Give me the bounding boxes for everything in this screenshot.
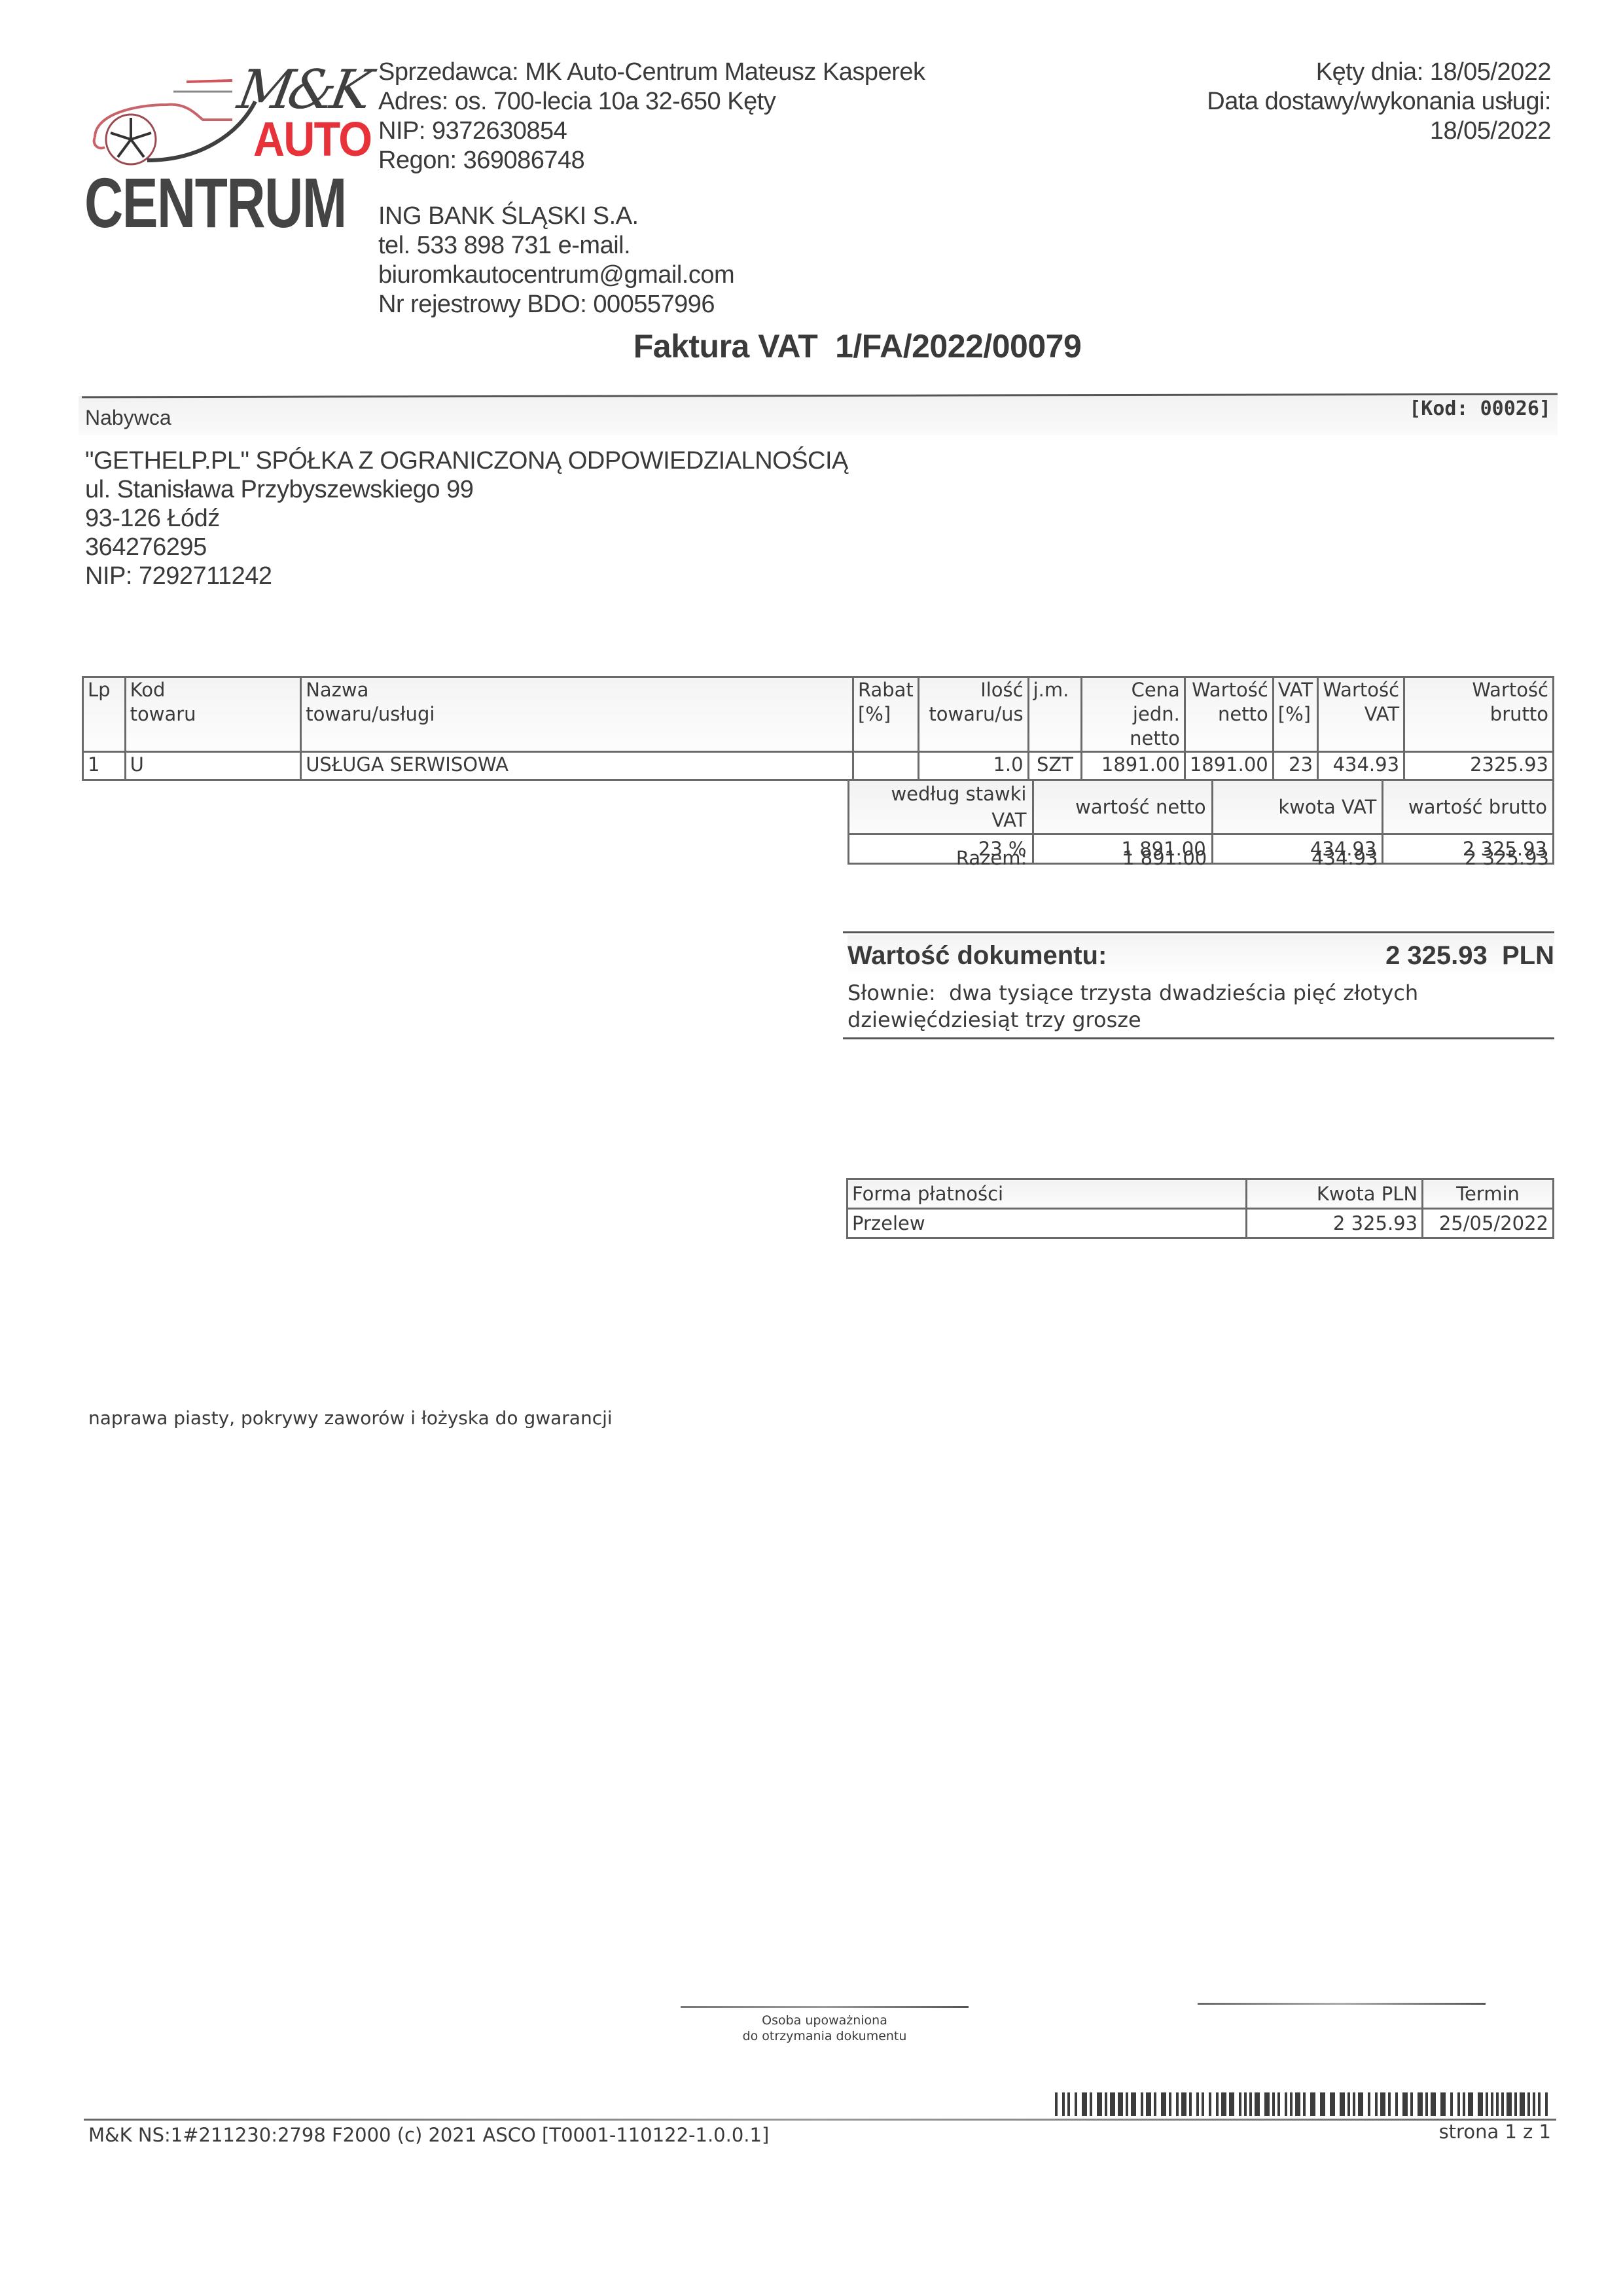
- payment-table: Forma płatności Kwota PLN Termin Przelew…: [846, 1178, 1554, 1239]
- cell-discount: [853, 752, 918, 780]
- seller-regon: Regon: 369086748: [378, 146, 925, 175]
- logo-centrum: CENTRUM: [84, 162, 346, 243]
- footer-rule: [84, 2119, 1556, 2121]
- cell-unit: SZT: [1028, 752, 1082, 780]
- seller-name: Sprzedawca: MK Auto-Centrum Mateusz Kasp…: [378, 58, 925, 87]
- cell-vat-rate: 23: [1273, 752, 1317, 780]
- seller-bank: ING BANK ŚLĄSKI S.A.: [378, 202, 734, 231]
- logo-auto: AUTO: [253, 111, 371, 167]
- amount-in-words: Słownie: dwa tysiące trzysta dwadzieścia…: [847, 980, 1418, 1033]
- col-payment-amount: Kwota PLN: [1246, 1179, 1422, 1209]
- amount-words-line2: dziewięćdziesiąt trzy grosze: [847, 1007, 1418, 1033]
- issue-date: Kęty dnia: 18/05/2022: [1207, 58, 1551, 87]
- seller-phone: tel. 533 898 731 e-mail.: [378, 231, 734, 260]
- seller-bdo: Nr rejestrowy BDO: 000557996: [378, 290, 734, 319]
- buyer-label: Nabywca: [85, 406, 171, 430]
- table-row: 1 U USŁUGA SERWISOWA 1.0 SZT 1891.00 189…: [83, 752, 1554, 780]
- table-row: Przelew 2 325.93 25/05/2022: [847, 1209, 1554, 1238]
- document-value-amount: 2 325.93 PLN: [1385, 941, 1554, 971]
- col-value-vat: WartośćVAT: [1318, 677, 1404, 752]
- buyer-code: [Kod: 00026]: [1409, 397, 1551, 420]
- page-number: strona 1 z 1: [1439, 2121, 1551, 2143]
- cell-lp: 1: [83, 752, 126, 780]
- document-value: Wartość dokumentu: 2 325.93 PLN: [847, 935, 1554, 973]
- invoice-dates: Kęty dnia: 18/05/2022 Data dostawy/wykon…: [1207, 58, 1551, 146]
- col-vat-rate-group: według stawki VAT: [849, 780, 1033, 834]
- buyer-city: 93-126 Łódź: [85, 504, 848, 533]
- cell-value-gross: 2325.93: [1404, 752, 1554, 780]
- amount-words-line1: Słownie: dwa tysiące trzysta dwadzieścia…: [847, 980, 1418, 1007]
- payment-method: Przelew: [847, 1209, 1247, 1238]
- document-value-label: Wartość dokumentu:: [847, 941, 1107, 971]
- total-vat: 434.93: [1212, 844, 1383, 872]
- signature-line-issuer: [1198, 2003, 1486, 2005]
- invoice-note: naprawa piasty, pokrywy zaworów i łożysk…: [88, 1407, 613, 1429]
- buyer-header-bg: [79, 396, 1558, 435]
- items-header-row: Lp Kodtowaru Nazwatowaru/usługi Rabat[%]…: [83, 677, 1554, 752]
- col-name: Nazwatowaru/usługi: [301, 677, 853, 752]
- company-logo: M&K AUTO CENTRUM: [82, 62, 370, 245]
- buyer-street: ul. Stanisława Przybyszewskiego 99: [85, 475, 848, 504]
- document-value-top-rule: [843, 931, 1554, 933]
- total-label: Razem:: [847, 844, 1032, 872]
- col-payment-due: Termin: [1423, 1179, 1554, 1209]
- total-net: 1 891.00: [1032, 844, 1212, 872]
- col-gross: wartość brutto: [1383, 780, 1554, 834]
- document-title: Faktura VAT 1/FA/2022/00079: [0, 327, 1623, 365]
- cell-name: USŁUGA SERWISOWA: [301, 752, 853, 780]
- document-value-bottom-rule: [843, 1037, 1554, 1039]
- signature-label-recipient: Osoba upoważniona do otrzymania dokument…: [681, 2013, 969, 2044]
- buyer-regon: 364276295: [85, 533, 848, 562]
- seller-address: Adres: os. 700-lecia 10a 32-650 Kęty: [378, 87, 925, 117]
- payment-due: 25/05/2022: [1423, 1209, 1554, 1238]
- seller-contact: ING BANK ŚLĄSKI S.A. tel. 533 898 731 e-…: [378, 202, 734, 319]
- delivery-date-label: Data dostawy/wykonania usługi:: [1207, 87, 1551, 117]
- cell-value-vat: 434.93: [1318, 752, 1404, 780]
- cell-unit-price: 1891.00: [1082, 752, 1185, 780]
- col-net: wartość netto: [1033, 780, 1212, 834]
- col-value-net: Wartośćnetto: [1185, 677, 1273, 752]
- cell-code: U: [125, 752, 301, 780]
- col-unit-price: Cena jedn.netto: [1082, 677, 1185, 752]
- payment-header: Forma płatności Kwota PLN Termin: [847, 1179, 1554, 1209]
- col-vat-amount: kwota VAT: [1212, 780, 1383, 834]
- col-payment-method: Forma płatności: [847, 1179, 1247, 1209]
- signature-line-recipient: [681, 2006, 969, 2008]
- vat-summary-total: Razem: 1 891.00 434.93 2 325.93: [847, 844, 1554, 872]
- col-code: Kodtowaru: [125, 677, 301, 752]
- total-row: Razem: 1 891.00 434.93 2 325.93: [847, 844, 1554, 872]
- col-unit: j.m.: [1028, 677, 1082, 752]
- document-number: 1/FA/2022/00079: [835, 328, 1081, 365]
- barcode-icon: [1054, 2092, 1554, 2116]
- buyer-nip: NIP: 7292711242: [85, 562, 848, 590]
- document-type: Faktura VAT: [633, 328, 818, 365]
- seller-info: Sprzedawca: MK Auto-Centrum Mateusz Kasp…: [378, 58, 925, 175]
- payment-amount: 2 325.93: [1246, 1209, 1422, 1238]
- col-value-gross: Wartośćbrutto: [1404, 677, 1554, 752]
- total-gross: 2 325.93: [1383, 844, 1554, 872]
- seller-email: biuromkautocentrum@gmail.com: [378, 260, 734, 290]
- items-table: Lp Kodtowaru Nazwatowaru/usługi Rabat[%]…: [82, 676, 1554, 781]
- buyer-name: "GETHELP.PL" SPÓŁKA Z OGRANICZONĄ ODPOWI…: [85, 446, 848, 475]
- buyer-info: "GETHELP.PL" SPÓŁKA Z OGRANICZONĄ ODPOWI…: [85, 446, 848, 590]
- footer-software-info: M&K NS:1#211230:2798 F2000 (c) 2021 ASCO…: [88, 2124, 769, 2146]
- col-lp: Lp: [83, 677, 126, 752]
- delivery-date: 18/05/2022: [1207, 117, 1551, 146]
- vat-summary-header: według stawki VAT wartość netto kwota VA…: [849, 780, 1554, 834]
- seller-nip: NIP: 9372630854: [378, 117, 925, 146]
- col-discount: Rabat[%]: [853, 677, 918, 752]
- col-vat-rate: VAT[%]: [1273, 677, 1317, 752]
- col-qty: Ilośćtowaru/us: [918, 677, 1028, 752]
- cell-value-net: 1891.00: [1185, 752, 1273, 780]
- cell-qty: 1.0: [918, 752, 1028, 780]
